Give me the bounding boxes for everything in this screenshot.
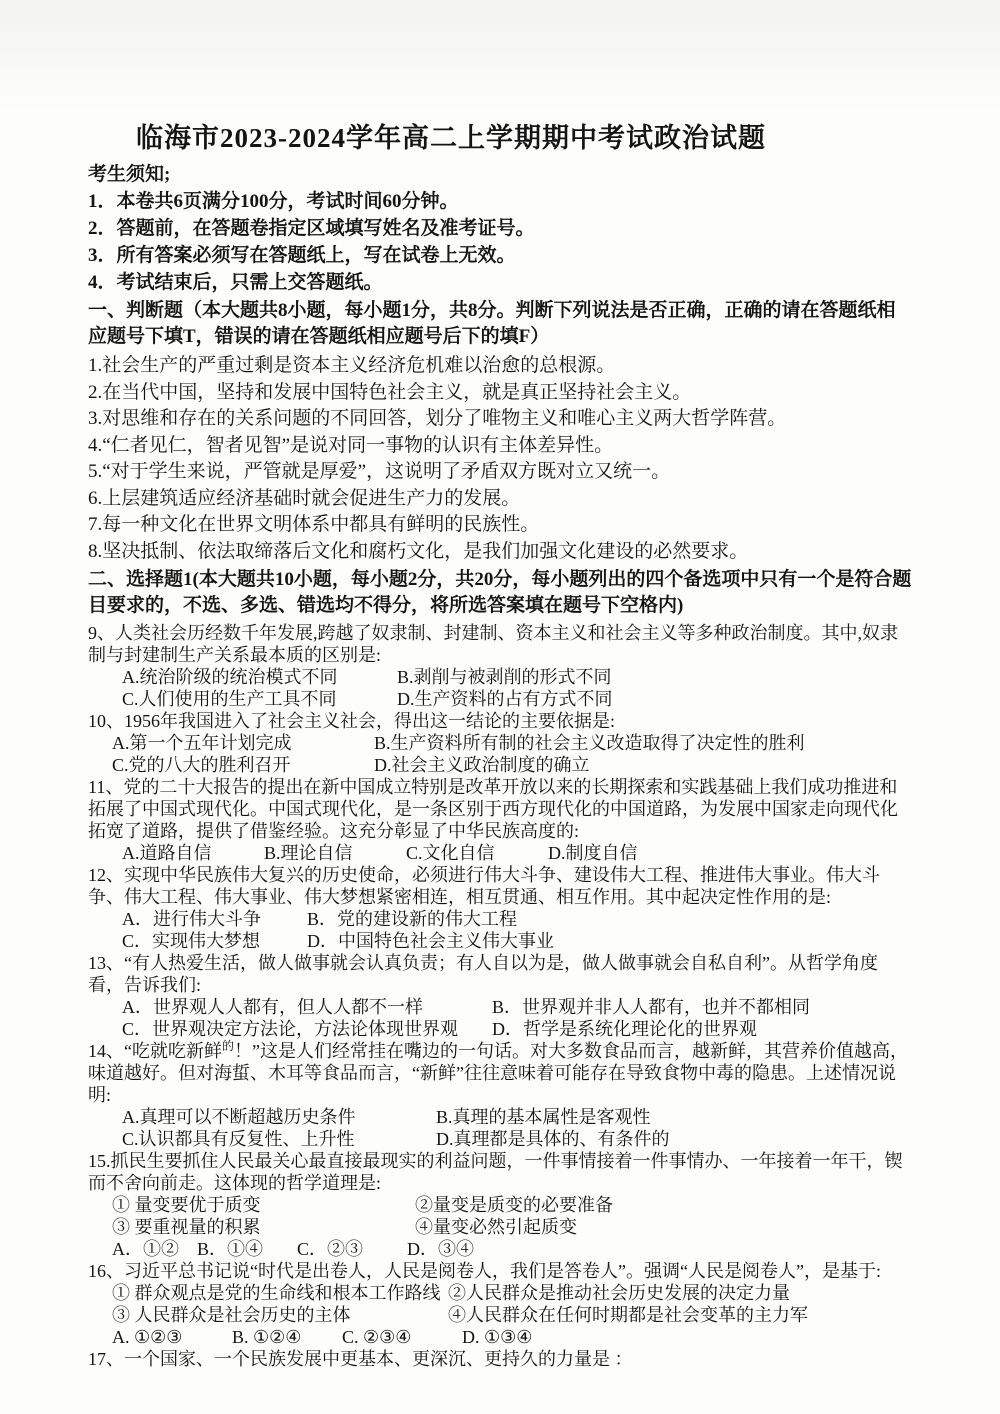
option: A.道路自信 (122, 842, 264, 864)
answer-row: A. ①②③ B. ①②④ C. ②③④ D. ①③④ (88, 1326, 912, 1348)
notice-item: 2．答题前，在答题卷指定区域填写姓名及准考证号。 (88, 215, 912, 242)
answer-choice: A. ①②③ (112, 1326, 232, 1348)
option: C.认识都具有反复性、上升性 (122, 1128, 436, 1150)
option-row: ③ 要重视量的积累 ④量变必然引起质变 (88, 1216, 912, 1238)
question-stem: 17、一个国家、一个民族发展中更基本、更深沉、更持久的力量是 ： (88, 1348, 912, 1370)
option: ②量变是质变的必要准备 (415, 1194, 613, 1216)
notice-item: 4．考试结束后，只需上交答题纸。 (88, 269, 912, 296)
option: C.文化自信 (406, 842, 548, 864)
answer-choice: D．③④ (407, 1238, 474, 1260)
option: ③ 要重视量的积累 (112, 1216, 415, 1238)
option-row: C．世界观决定方法论，方法论体现世界观 D．哲学是系统化理论化的世界观 (88, 1018, 912, 1040)
option: A.第一个五年计划完成 (112, 732, 374, 754)
option: D.制度自信 (548, 842, 638, 864)
option-row: ① 群众观点是党的生命线和根本工作路线 ②人民群众是推动社会历史发展的决定力量 (88, 1282, 912, 1304)
option-row: A．进行伟大斗争 B．党的建设新的伟大工程 (88, 908, 912, 930)
option-row: C.人们使用的生产工具不同 D.生产资料的占有方式不同 (88, 688, 912, 710)
option: A.真理可以不断超越历史条件 (122, 1106, 436, 1128)
option: A.统治阶级的统治模式不同 (122, 666, 397, 688)
option: A．世界观人人都有，但人人都不一样 (122, 996, 492, 1018)
option: B．世界观并非人人都有，也并不都相同 (492, 996, 810, 1018)
answer-choice: D. ①③④ (462, 1326, 532, 1348)
judgment-item: 8.坚决抵制、依法取缔落后文化和腐朽文化，是我们加强文化建设的必然要求。 (88, 539, 912, 566)
multiple-choice-block: 9、人类社会历经数千年发展,跨越了奴隶制、封建制、资本主义和社会主义等多种政治制… (88, 622, 912, 1370)
answer-choice: B. ①②④ (232, 1326, 342, 1348)
answer-row: A．①② B．①④ C．②③ D．③④ (88, 1238, 912, 1260)
option: ① 量变要优于质变 (112, 1194, 415, 1216)
question-stem: 11、党的二十大报告的提出在新中国成立特别是改革开放以来的长期探索和实践基础上我… (88, 776, 912, 842)
question-stem: 10、1956年我国进入了社会主义社会，得出这一结论的主要依据是: (88, 710, 912, 732)
option: ① 群众观点是党的生命线和根本工作路线 (112, 1282, 448, 1304)
question-stem: 12、实现中华民族伟大复兴的历史使命，必须进行伟大斗争、建设伟大工程、推进伟大事… (88, 864, 912, 908)
option: C.党的八大的胜利召开 (112, 754, 374, 776)
question-stem: 9、人类社会历经数千年发展,跨越了奴隶制、封建制、资本主义和社会主义等多种政治制… (88, 622, 912, 666)
option: C．世界观决定方法论，方法论体现世界观 (122, 1018, 492, 1040)
option: B.剥削与被剥削的形式不同 (397, 666, 612, 688)
option: C．实现伟大梦想 (122, 930, 307, 952)
option-row: ③ 人民群众是社会历史的主体 ④人民群众在任何时期都是社会变革的主力军 (88, 1304, 912, 1326)
notice-item: 1．本卷共6页满分100分，考试时间60分钟。 (88, 188, 912, 215)
question-stem: 14、“吃就吃新鲜的！”这是人们经常挂在嘴边的一句话。对大多数食品而言，越新鲜，… (88, 1040, 912, 1106)
option: ③ 人民群众是社会历史的主体 (112, 1304, 448, 1326)
option-row: C.认识都具有反复性、上升性 D.真理都是具体的、有条件的 (88, 1128, 912, 1150)
option-row: A．世界观人人都有，但人人都不一样 B．世界观并非人人都有，也并不都相同 (88, 996, 912, 1018)
answer-choice: B．①④ (197, 1238, 297, 1260)
question-stem: 15.抓民生要抓住人民最关心最直接最现实的利益问题，一件事情接着一件事情办、一年… (88, 1150, 912, 1194)
option: B.理论自信 (264, 842, 406, 864)
section1-heading: 一、判断题（本大题共8小题，每小题1分，共8分。判断下列说法是否正确，正确的请在… (88, 298, 912, 350)
option: D.社会主义政治制度的确立 (374, 754, 590, 776)
judgment-item: 7.每一种文化在世界文明体系中都具有鲜明的民族性。 (88, 512, 912, 539)
option: ④量变必然引起质变 (415, 1216, 577, 1238)
answer-choice: C．②③ (297, 1238, 407, 1260)
judgment-item: 5.“对于学生来说，严管就是厚爱”，这说明了矛盾双方既对立又统一。 (88, 459, 912, 486)
option-row: A.道路自信 B.理论自信 C.文化自信 D.制度自信 (88, 842, 912, 864)
option-row: ① 量变要优于质变 ②量变是质变的必要准备 (88, 1194, 912, 1216)
option: B.生产资料所有制的社会主义改造取得了决定性的胜利 (374, 732, 805, 754)
judgment-item: 1.社会生产的严重过剩是资本主义经济危机难以治愈的总根源。 (88, 353, 912, 380)
option: D.真理都是具体的、有条件的 (436, 1128, 670, 1150)
answer-choice: A．①② (112, 1238, 197, 1260)
question-stem: 16、习近平总书记说“时代是出卷人，人民是阅卷人，我们是答卷人”。强调“人民是阅… (88, 1260, 912, 1282)
option: D．哲学是系统化理论化的世界观 (492, 1018, 757, 1040)
option-row: A.统治阶级的统治模式不同 B.剥削与被剥削的形式不同 (88, 666, 912, 688)
option: B.真理的基本属性是客观性 (436, 1106, 651, 1128)
option-row: A.真理可以不断超越历史条件 B.真理的基本属性是客观性 (88, 1106, 912, 1128)
option: ④人民群众在任何时期都是社会变革的主力军 (448, 1304, 808, 1326)
answer-choice: C. ②③④ (342, 1326, 462, 1348)
judgment-item: 4.“仁者见仁，智者见智”是说对同一事物的认识有主体差异性。 (88, 433, 912, 460)
option-row: A.第一个五年计划完成 B.生产资料所有制的社会主义改造取得了决定性的胜利 (88, 732, 912, 754)
option: ②人民群众是推动社会历史发展的决定力量 (448, 1282, 790, 1304)
exam-title: 临海市2023-2024学年高二上学期期中考试政治试题 (136, 122, 912, 154)
judgment-item: 6.上层建筑适应经济基础时就会促进生产力的发展。 (88, 486, 912, 513)
exam-paper-page: 临海市2023-2024学年高二上学期期中考试政治试题 考生须知; 1．本卷共6… (0, 0, 1000, 1414)
question-stem: 13、“有人热爱生活，做人做事就会认真负责；有人自以为是，做人做事就会自私自利”… (88, 952, 912, 996)
option-row: C．实现伟大梦想 D．中国特色社会主义伟大事业 (88, 930, 912, 952)
judgment-item: 3.对思维和存在的关系问题的不同回答，划分了唯物主义和唯心主义两大哲学阵营。 (88, 406, 912, 433)
option: D.生产资料的占有方式不同 (397, 688, 613, 710)
notice-item: 3．所有答案必须写在答题纸上，写在试卷上无效。 (88, 242, 912, 269)
section2-heading: 二、选择题1(本大题共10小题，每小题2分，共20分，每小题列出的四个备选项中只… (88, 567, 912, 619)
option-row: C.党的八大的胜利召开 D.社会主义政治制度的确立 (88, 754, 912, 776)
judgment-item: 2.在当代中国，坚持和发展中国特色社会主义，就是真正坚持社会主义。 (88, 380, 912, 407)
superscript-note: 的 (222, 1039, 234, 1053)
stem-text: 14、“吃就吃新鲜 (88, 1041, 222, 1061)
notice-label: 考生须知; (88, 162, 912, 188)
option: A．进行伟大斗争 (122, 908, 307, 930)
option: C.人们使用的生产工具不同 (122, 688, 397, 710)
option: D．中国特色社会主义伟大事业 (307, 930, 554, 952)
option: B．党的建设新的伟大工程 (307, 908, 517, 930)
